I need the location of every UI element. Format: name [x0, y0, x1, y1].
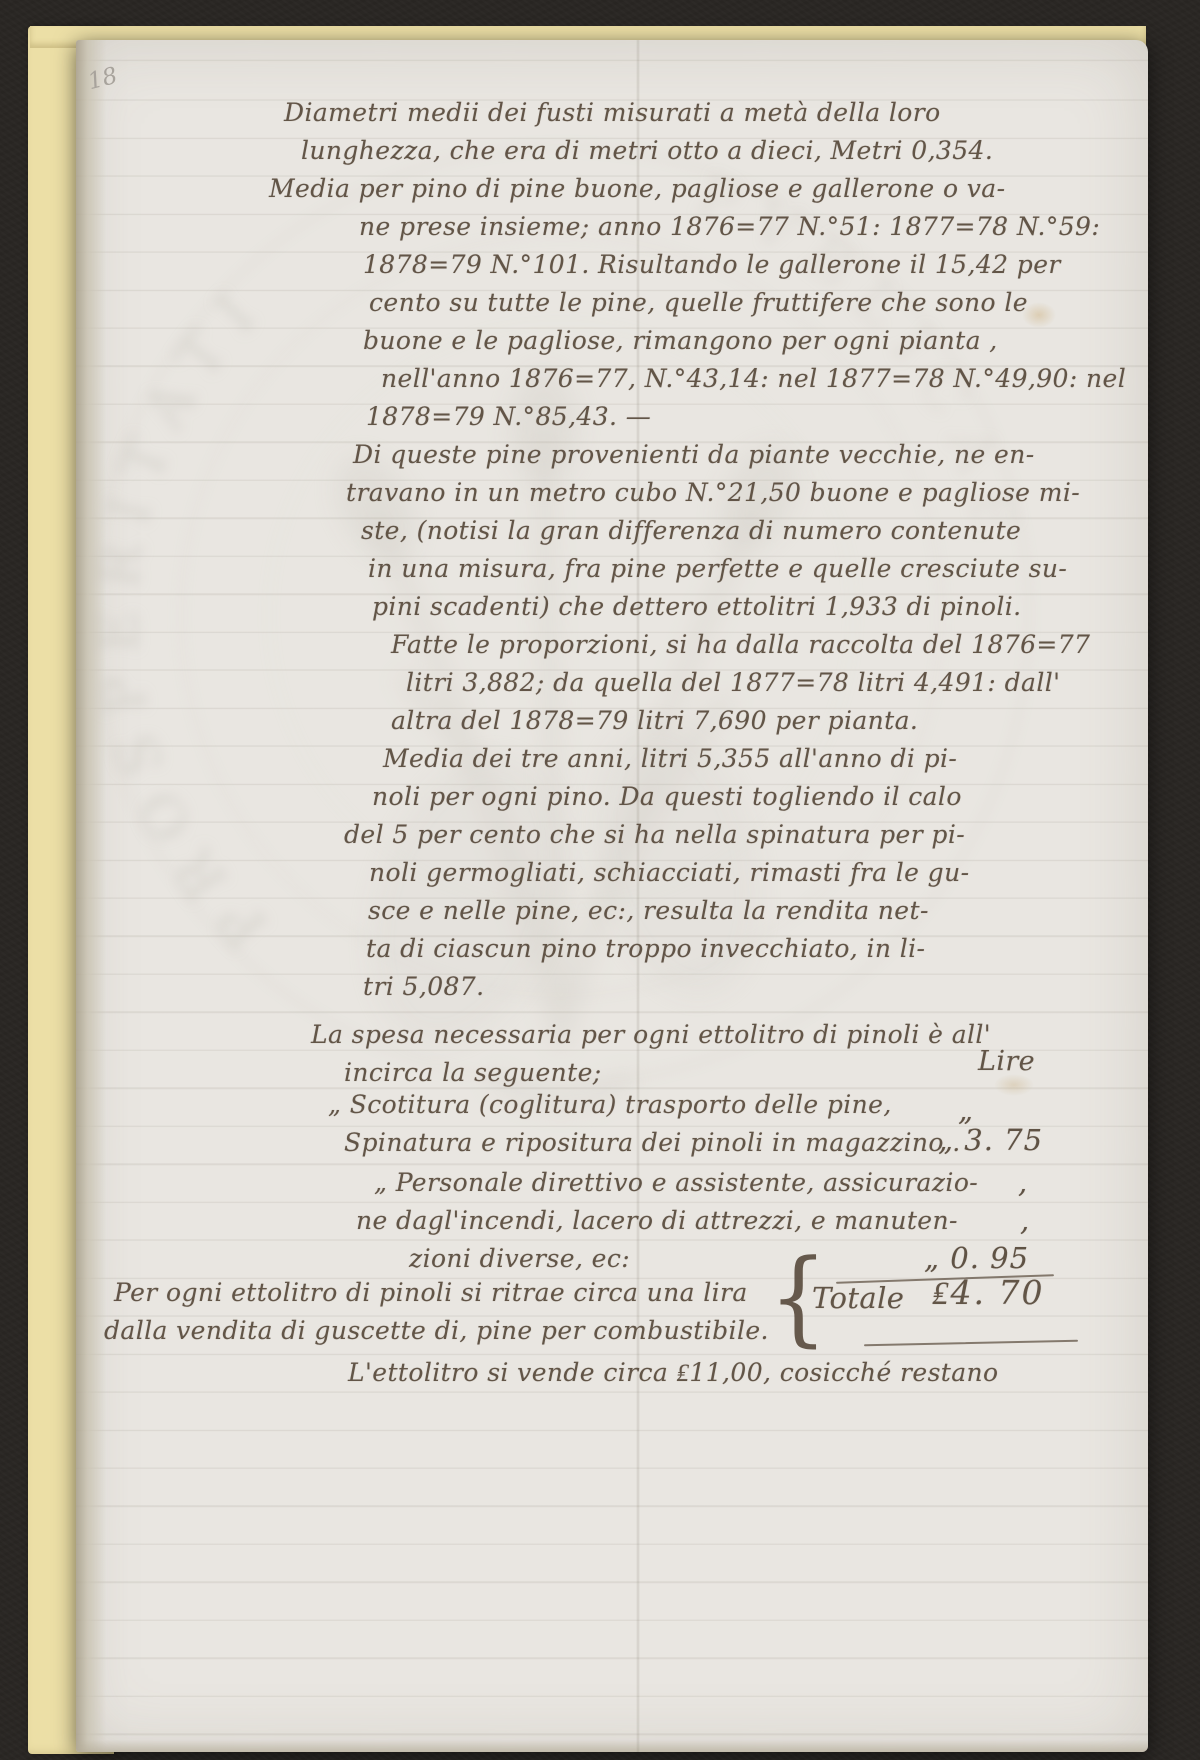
handwritten-line: litri 3,882; da quella del 1877=78 litri…	[406, 670, 1060, 695]
amount-value: „ 3. 75	[938, 1126, 1043, 1155]
handwritten-line: cento su tutte le pine, quelle fruttifer…	[369, 290, 1028, 315]
handwritten-line: noli per ogni pino. Da questi togliendo …	[372, 784, 962, 809]
handwritten-line: incirca la seguente;	[344, 1060, 602, 1085]
handwritten-line: ste, (notisi la gran differenza di numer…	[361, 518, 1021, 543]
amount-value: „ 0. 95	[924, 1244, 1029, 1273]
handwritten-line: nell'anno 1876=77, N.°43,14: nel 1877=78…	[381, 366, 1126, 391]
svg-text:PROSPERITATI: PROSPERITATI	[83, 267, 282, 961]
page-number: 18	[85, 63, 120, 95]
handwritten-line: La spesa necessaria per ogni ettolitro d…	[311, 1022, 991, 1047]
handwritten-line: Per ogni ettolitro di pinoli si ritrae c…	[114, 1280, 748, 1305]
handwritten-line: „ Scotitura (coglitura) trasporto delle …	[328, 1092, 892, 1117]
handwritten-line: tri 5,087.	[363, 974, 484, 999]
watermark-ring-text: PROSPERITATI	[83, 267, 282, 961]
handwritten-line: Di queste pine provenienti da piante vec…	[353, 442, 1035, 467]
currency-column-header: Lire	[978, 1048, 1035, 1075]
handwritten-line: „ Personale direttivo e assistente, assi…	[374, 1170, 978, 1195]
handwritten-line: Media per pino di pine buone, pagliose e…	[269, 176, 1005, 201]
handwritten-line: dalla vendita di guscette di, pine per c…	[104, 1318, 769, 1343]
handwritten-line: ne prese insieme; anno 1876=77 N.°51: 18…	[359, 214, 1100, 239]
handwritten-line: Diametri medii dei fusti misurati a metà…	[284, 100, 941, 125]
handwritten-line: noli germogliati, schiacciati, rimasti f…	[369, 860, 969, 885]
handwritten-line: zioni diverse, ec:	[409, 1246, 630, 1271]
total-label: Totale	[812, 1284, 904, 1313]
torn-page-edge	[76, 40, 106, 1752]
handwritten-line: del 5 per cento che si ha nella spinatur…	[344, 822, 965, 847]
manuscript-page: PROSPERITATI PVBLICAE	[76, 40, 1148, 1752]
handwritten-line: sce e nelle pine, ec:, resulta la rendit…	[368, 898, 929, 923]
paper-stain	[994, 1074, 1034, 1096]
total-value: ₤4. 70	[932, 1276, 1044, 1309]
handwritten-line: ne dagl'incendi, lacero di attrezzi, e m…	[356, 1208, 958, 1233]
handwritten-line: pini scadenti) che dettero ettolitri 1,9…	[372, 594, 1022, 619]
handwritten-line: travano in un metro cubo N.°21,50 buone …	[346, 480, 1080, 505]
handwritten-line: Fatte le proporzioni, si ha dalla raccol…	[391, 632, 1090, 657]
handwritten-line: 1878=79 N.°101. Risultando le gallerone …	[363, 252, 1061, 277]
amount-value: „	[958, 1096, 974, 1125]
page-bottom-edge	[76, 1740, 1148, 1752]
handwritten-line: altra del 1878=79 litri 7,690 per pianta…	[391, 708, 918, 733]
handwritten-line: buone e le pagliose, rimangono per ogni …	[363, 328, 998, 353]
amount-value: ,	[1020, 1206, 1030, 1235]
scanned-document: PROSPERITATI PVBLICAE	[0, 0, 1200, 1760]
handwritten-line: Media dei tre anni, litri 5,355 all'anno…	[383, 746, 957, 771]
handwritten-line: 1878=79 N.°85,43. —	[366, 404, 651, 429]
handwritten-line: lunghezza, che era di metri otto a dieci…	[301, 138, 993, 163]
amount-value: ,	[1018, 1168, 1028, 1197]
handwritten-line: ta di ciascun pino troppo invecchiato, i…	[366, 936, 925, 961]
handwritten-line: in una misura, fra pine perfette e quell…	[368, 556, 1067, 581]
handwritten-line: L'ettolitro si vende circa ₤11,00, cosic…	[348, 1360, 999, 1385]
handwritten-line: Spinatura e ripositura dei pinoli in mag…	[344, 1130, 961, 1155]
total-underline	[864, 1340, 1078, 1346]
